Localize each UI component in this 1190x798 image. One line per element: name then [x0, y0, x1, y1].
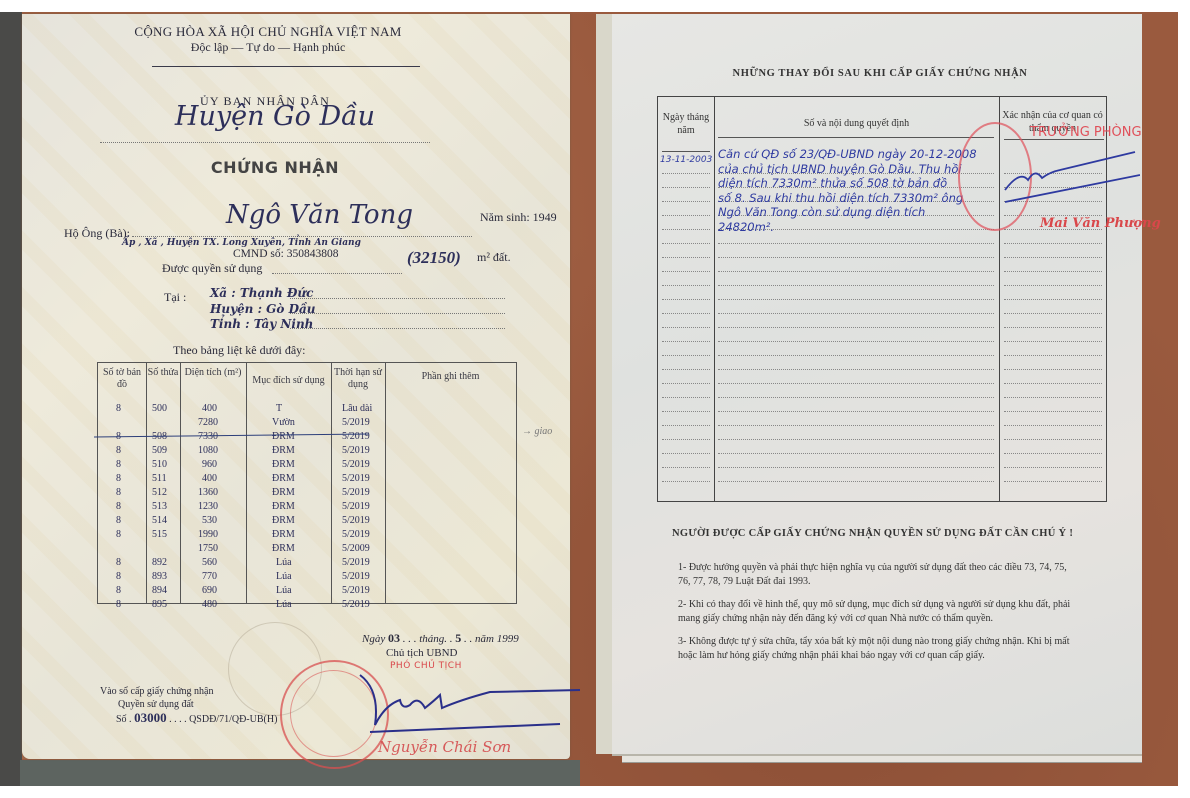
id-card: CMND số: 350843808	[233, 248, 338, 260]
changes-title: NHỮNG THAY ĐỔI SAU KHI CẤP GIẤY CHỨNG NH…	[720, 68, 1040, 79]
signature-scribble	[340, 670, 590, 740]
issue-date: Ngày 03 . . . tháng. . 5 . . năm 1999	[362, 631, 519, 646]
table-row: 85121360ĐRM5/2019	[98, 487, 516, 501]
table-row: 7280Vườn5/2019	[98, 417, 516, 431]
header-map-sheet: Số tờ bản đồ	[98, 367, 146, 391]
national-motto: Độc lập — Tự do — Hạnh phúc	[118, 40, 418, 55]
table-row: 85131230ĐRM5/2019	[98, 501, 516, 515]
id-card-label: CMND số:	[233, 248, 284, 260]
certificate-title: CHỨNG NHẬN	[160, 158, 390, 177]
registry-line-1: Vào sổ cấp giấy chứng nhận	[100, 686, 213, 697]
table-row: 8895480Lúa5/2019	[98, 599, 516, 613]
header-area: Diện tích (m²)	[180, 367, 246, 379]
table-row: 8511400ĐRM5/2019	[98, 473, 516, 487]
total-area: (32150)	[407, 248, 461, 268]
table-row: 8892560Lúa5/2019	[98, 557, 516, 571]
table-row: 8894690Lúa5/2019	[98, 585, 516, 599]
table-row: 85091080ĐRM5/2019	[98, 445, 516, 459]
margin-note: → giao	[522, 426, 552, 437]
head-of-department-stamp: TRƯỞNG PHÒNG	[1030, 125, 1142, 140]
issuer-district: Huyện Gò Dầu	[160, 101, 390, 132]
land-right-label: Được quyền sử dụng	[162, 261, 262, 276]
land-parcel-table: Số tờ bản đồ Số thửa Diện tích (m²) Mục …	[97, 362, 517, 604]
location-underline-3	[290, 328, 505, 329]
table-row: 8893770Lúa5/2019	[98, 571, 516, 585]
registry-number: Số . 03000 . . . . QSDĐ/71/QĐ-UB(H)	[116, 710, 277, 726]
country-name: CỘNG HÒA XÃ HỘI CHỦ NGHĨA VIỆT NAM	[118, 24, 418, 40]
header-rule	[152, 66, 420, 67]
signer-title: Chủ tịch UBND	[386, 647, 458, 659]
left-dark-edge	[0, 12, 22, 786]
header-term: Thời hạn sử dụng	[331, 367, 385, 391]
table-row: 1750ĐRM5/2009	[98, 543, 516, 557]
birth-year: Năm sinh: 1949	[480, 210, 557, 225]
holder-label: Hộ Ông (Bà):	[64, 226, 130, 241]
holder-address: Ấp , Xã , Huyện TX. Long Xuyên, Tỉnh An …	[122, 238, 361, 248]
table-row: 8500400TLâu dài	[98, 403, 516, 417]
land-right-underline	[272, 273, 402, 274]
list-intro: Theo bảng liệt kê dưới đây:	[173, 343, 305, 358]
table-row-struck: 85087330ĐRM5/2019	[98, 431, 516, 445]
registry-line-2: Quyền sử dụng đất	[118, 699, 194, 710]
holder-name: Ngô Văn Tong	[226, 200, 413, 230]
holder-underline	[132, 236, 472, 237]
district-underline	[100, 142, 430, 143]
table-row: 85151990ĐRM5/2019	[98, 529, 516, 543]
table-row: 8514530ĐRM5/2019	[98, 515, 516, 529]
change-date: 13-11-2003	[660, 153, 712, 168]
area-unit: m² đất.	[477, 250, 511, 265]
table-divider	[714, 97, 715, 501]
note-item-1: 1- Được hưởng quyền và phải thực hiện ng…	[678, 561, 1078, 589]
page-shadow	[20, 760, 580, 786]
note-item-2: 2- Khi có thay đổi về hình thể, quy mô s…	[678, 598, 1078, 626]
confirmation-signer: Mai Văn Phượng	[1040, 216, 1161, 231]
location-underline-2	[290, 313, 505, 314]
image-border-bottom	[0, 786, 1190, 798]
header-parcel: Số thửa	[146, 367, 180, 379]
header-decision: Số và nội dung quyết định	[714, 117, 999, 130]
header-notes: Phần ghi thêm	[385, 371, 516, 383]
table-row: 8510960ĐRM5/2019	[98, 459, 516, 473]
header-purpose: Mục đích sử dụng	[246, 375, 331, 387]
image-border-top	[0, 0, 1190, 12]
location-label: Tại :	[164, 290, 186, 305]
header-date: Ngày tháng năm	[658, 111, 714, 137]
note-item-3: 3- Không được tự ý sửa chữa, tẩy xóa bất…	[678, 635, 1078, 663]
notes-title: NGƯỜI ĐƯỢC CẤP GIẤY CHỨNG NHẬN QUYỀN SỬ …	[672, 528, 1092, 539]
location-underline-1	[290, 298, 505, 299]
confirmation-signature	[1000, 150, 1140, 210]
image-border-right	[1178, 0, 1190, 798]
id-card-number: 350843808	[287, 248, 339, 260]
signer-name: Nguyễn Chái Sơn	[378, 738, 511, 756]
